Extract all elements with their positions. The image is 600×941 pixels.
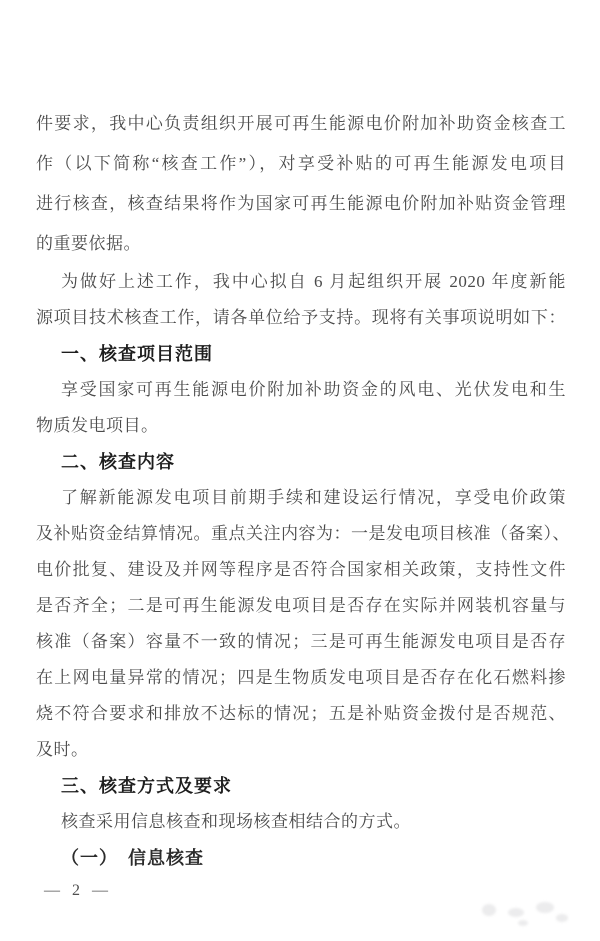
- body-line: 了解新能源发电项目前期手续和建设运行情况，享受电价政策: [36, 480, 566, 516]
- body-line: 进行核查，核查结果将作为国家可再生能源电价附加补贴资金管理: [36, 184, 566, 224]
- section-heading-3: 三、核查方式及要求: [36, 768, 566, 804]
- document-page: 件要求，我中心负责组织开展可再生能源电价附加补助资金核查工 作（以下简称“核查工…: [0, 0, 600, 941]
- section-heading-2: 二、核查内容: [36, 444, 566, 480]
- body-line: 是否齐全；二是可再生能源发电项目是否存在实际并网装机容量与: [36, 588, 566, 624]
- body-line: 件要求，我中心负责组织开展可再生能源电价附加补助资金核查工: [36, 104, 566, 144]
- section-heading-1: 一、核查项目范围: [36, 336, 566, 372]
- body-line: 为做好上述工作，我中心拟自 6 月起组织开展 2020 年度新能: [36, 264, 566, 300]
- body-line: 作（以下简称“核查工作”），对享受补贴的可再生能源发电项目: [36, 144, 566, 184]
- body-line: 核查采用信息核查和现场核查相结合的方式。: [36, 804, 566, 840]
- body-line: 享受国家可再生能源电价附加补助资金的风电、光伏发电和生: [36, 372, 566, 408]
- body-line: 的重要依据。: [36, 224, 566, 264]
- body-line: 及时。: [36, 732, 566, 768]
- page-number: — 2 —: [44, 882, 112, 900]
- body-line: 烧不符合要求和排放不达标的情况；五是补贴资金拨付是否规范、: [36, 696, 566, 732]
- subsection-heading-1: （一） 信息核查: [36, 840, 566, 876]
- document-body: 件要求，我中心负责组织开展可再生能源电价附加补助资金核查工 作（以下简称“核查工…: [36, 104, 566, 876]
- faint-watermark-smudge: [478, 898, 573, 930]
- body-line: 源项目技术核查工作，请各单位给予支持。现将有关事项说明如下：: [36, 300, 566, 336]
- body-line: 核准（备案）容量不一致的情况；三是可再生能源发电项目是否存: [36, 624, 566, 660]
- body-line: 在上网电量异常的情况；四是生物质发电项目是否存在化石燃料掺: [36, 660, 566, 696]
- body-line: 电价批复、建设及并网等程序是否符合国家相关政策，支持性文件: [36, 552, 566, 588]
- body-line: 物质发电项目。: [36, 408, 566, 444]
- body-line: 及补贴资金结算情况。重点关注内容为：一是发电项目核准（备案）、: [36, 516, 566, 552]
